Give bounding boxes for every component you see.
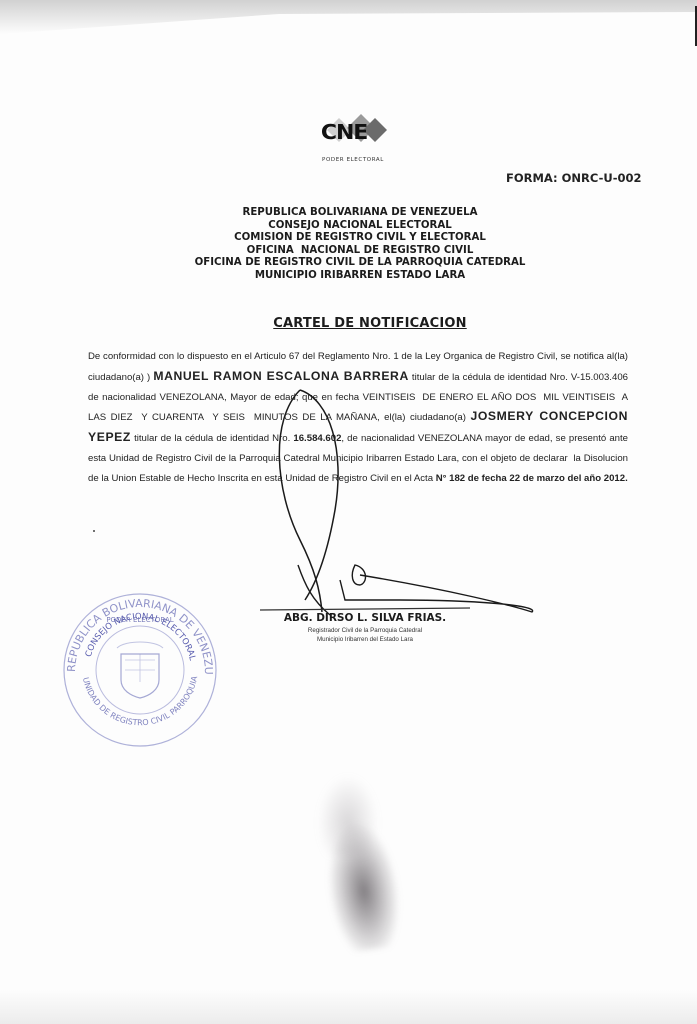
form-code: FORMA: ONRC-U-002 bbox=[506, 171, 642, 185]
header-line: COMISION DE REGISTRO CIVIL Y ELECTORAL bbox=[150, 232, 570, 245]
id-number-2: 16.584.602 bbox=[293, 433, 341, 444]
person-name-1: MANUEL RAMON ESCALONA BARRERA bbox=[153, 369, 409, 383]
stamp-outer-text: REPUBLICA BOLIVARIANA DE VENEZUELA bbox=[55, 582, 215, 675]
notification-body: De conformidad con lo dispuesto en el Ar… bbox=[88, 347, 628, 489]
header-line: OFICINA NACIONAL DE REGISTRO CIVIL bbox=[150, 245, 570, 258]
scan-smudge bbox=[319, 816, 406, 954]
body-text: titular de la cédula de identidad Nro. bbox=[131, 433, 293, 444]
cne-logo: CNE PODER ELECTORAL bbox=[303, 108, 403, 168]
institution-header: REPUBLICA BOLIVARIANA DE VENEZUELA CONSE… bbox=[150, 207, 570, 283]
signer-name: ABG. DIRSO L. SILVA FRIAS. bbox=[260, 612, 470, 624]
stray-mark bbox=[93, 530, 95, 532]
acta-reference: N° 182 de fecha 22 de marzo del año 2012… bbox=[436, 473, 628, 484]
logo-text: CNE bbox=[321, 120, 367, 144]
svg-text:REPUBLICA BOLIVARIANA DE VENEZ: REPUBLICA BOLIVARIANA DE VENEZUELA bbox=[55, 582, 215, 675]
signer-role: Registrador Civil de la Parroquia Catedr… bbox=[260, 627, 470, 634]
header-line: REPUBLICA BOLIVARIANA DE VENEZUELA bbox=[150, 207, 570, 220]
stamp-line-2: PODER ELECTORAL bbox=[106, 616, 173, 624]
scan-shadow-top bbox=[0, 0, 697, 34]
document-title: CARTEL DE NOTIFICACION bbox=[200, 316, 540, 331]
header-line: CONSEJO NACIONAL ELECTORAL bbox=[150, 220, 570, 233]
logo-subtitle: PODER ELECTORAL bbox=[303, 157, 403, 163]
official-stamp-icon: REPUBLICA BOLIVARIANA DE VENEZUELA CONSE… bbox=[55, 582, 225, 752]
header-line: OFICINA DE REGISTRO CIVIL DE LA PARROQUI… bbox=[150, 257, 570, 270]
header-line: MUNICIPIO IRIBARREN ESTADO LARA bbox=[150, 270, 570, 283]
signer-place: Municipio Iribarren del Estado Lara bbox=[260, 636, 470, 643]
scan-shadow-bottom bbox=[0, 990, 697, 1024]
